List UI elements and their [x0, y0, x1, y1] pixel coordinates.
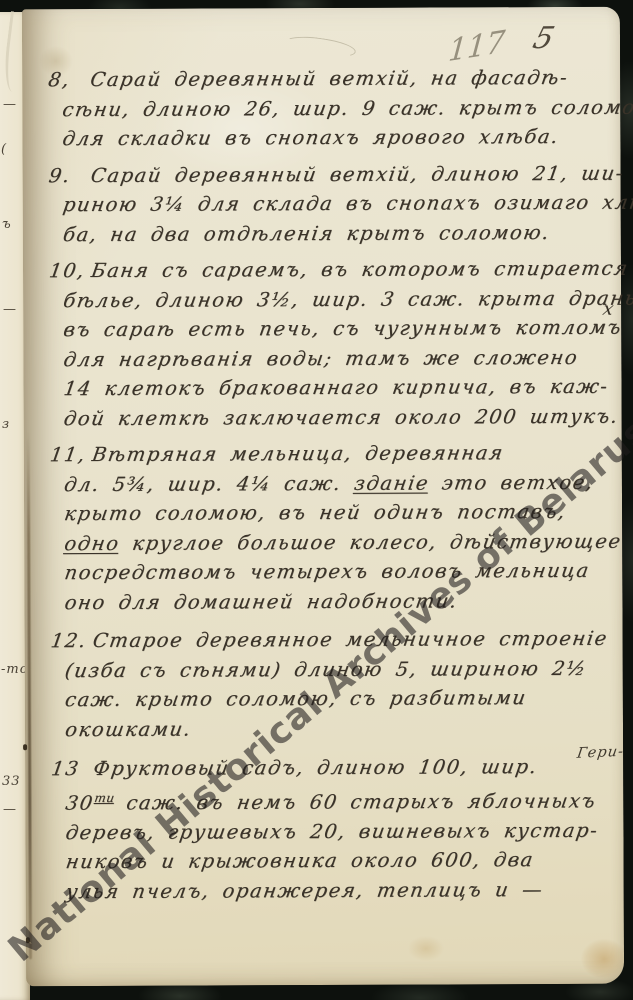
item-number: 11,: [48, 440, 95, 470]
manuscript-line: дой клеткѣ заключается около 200 штукъ.: [62, 401, 625, 433]
manuscript-line: 30ти саж. въ немъ 60 старыхъ яблочныхъ: [63, 781, 626, 817]
manuscript-line: 11,Вѣтряная мельница, деревянная: [48, 438, 625, 470]
manuscript-line: оно для домашней надобности.: [63, 585, 626, 617]
manuscript-line: 12.Старое деревянное мельничное строеніе: [49, 624, 626, 656]
item-number: 9.: [47, 160, 94, 190]
edge-text-fragment: з: [2, 417, 10, 432]
pencil-scribble: [283, 33, 357, 61]
binding-crease: [27, 429, 32, 959]
edge-text-fragment: —: [3, 97, 17, 112]
edge-text-fragment: 33: [2, 774, 21, 789]
manuscript-line: бѣлье, длиною 3½, шир. 3 саж. крыта дран…: [61, 283, 624, 315]
manuscript-line: для складки въ снопахъ ярового хлѣба.: [61, 122, 624, 154]
manuscript-line: посредствомъ четырехъ воловъ мельница: [62, 556, 625, 588]
edge-text-fragment: (: [1, 142, 7, 157]
manuscript-line: 13Фруктовый садъ, длиною 100, шир.: [49, 752, 626, 784]
item-number: 10,: [47, 256, 94, 286]
manuscript-line: риною 3¼ для склада въ снопахъ озимаго х…: [61, 188, 624, 220]
manuscript-line: сѣни, длиною 26, шир. 9 саж. крытъ солом…: [60, 92, 623, 124]
stitch-hole: [23, 744, 27, 750]
manuscript-text: 8,Сарай деревянный ветхій, на фасадѣ-сѣн…: [46, 63, 622, 913]
inventory-item: 10,Баня съ сараемъ, въ которомъ стираетс…: [47, 254, 620, 433]
manuscript-line: 10,Баня съ сараемъ, въ которомъ стираетс…: [47, 254, 624, 286]
edge-text-fragment: —: [3, 302, 17, 317]
inventory-item: 9.Сарай деревянный ветхій, длиною 21, ши…: [47, 158, 619, 249]
manuscript-line: для нагрѣванія воды; тамъ же сложено: [61, 342, 624, 374]
manuscript-line: 14 клетокъ бракованнаго кирпича, въ каж-: [62, 372, 625, 404]
scanned-page: —(ъ—з-то33— 117 5 8,Сарай деревянный вет…: [0, 0, 633, 1000]
manuscript-line: въ сараѣ есть печь, съ чугуннымъ котломъ: [61, 313, 624, 345]
margin-note: Гери-: [576, 744, 625, 762]
item-number: 8,: [46, 65, 93, 95]
manuscript-line: 8,Сарай деревянный ветхій, на фасадѣ-: [46, 63, 623, 95]
manuscript-line: 9.Сарай деревянный ветхій, длиною 21, ши…: [47, 158, 624, 190]
item-number: 12.: [49, 626, 96, 656]
edge-text-fragment: ъ: [2, 217, 12, 232]
page-number-ink: 5: [529, 21, 558, 56]
edge-text-fragment: —: [3, 802, 17, 817]
manuscript-line: ба, на два отдѣленія крытъ соломою.: [61, 217, 624, 249]
manuscript-line: окошками.: [63, 712, 626, 744]
manuscript-line: улья пчелъ, оранжерея, теплицъ и —: [64, 874, 627, 906]
inventory-item: 8,Сарай деревянный ветхій, на фасадѣ-сѣн…: [46, 63, 618, 154]
item-number: 13: [49, 754, 96, 784]
